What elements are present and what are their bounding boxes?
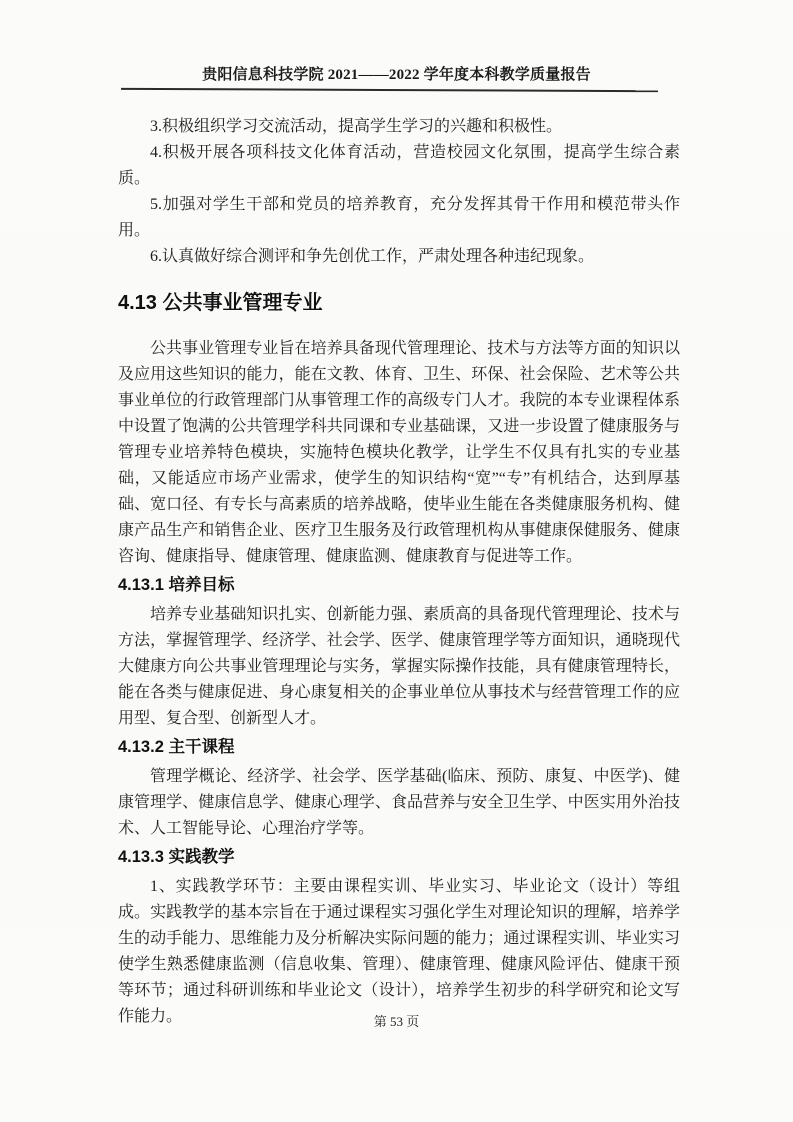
subsection-heading-4-13-2: 4.13.2 主干课程 bbox=[118, 734, 680, 760]
subsection-body-4-13-2: 管理学概论、经济学、社会学、医学基础(临床、预防、康复、中医学)、健康管理学、健… bbox=[118, 764, 680, 842]
subsection-body-4-13-1: 培养专业基础知识扎实、创新能力强、素质高的具备现代管理理论、技术与方法，掌握管理… bbox=[118, 602, 680, 732]
section-heading-4-13: 4.13 公共事业管理专业 bbox=[118, 288, 680, 318]
document-page: 贵阳信息科技学院 2021——2022 学年度本科教学质量报告 3.积极组织学习… bbox=[0, 0, 793, 1122]
page-body: 3.积极组织学习交流活动，提高学生学习的兴趣和积极性。 4.积极开展各项科技文化… bbox=[118, 114, 680, 1030]
list-item-3: 3.积极组织学习交流活动，提高学生学习的兴趣和积极性。 bbox=[118, 114, 680, 140]
list-item-6: 6.认真做好综合测评和争先创优工作，严肃处理各种违纪现象。 bbox=[118, 244, 680, 270]
subsection-heading-4-13-1: 4.13.1 培养目标 bbox=[118, 572, 680, 598]
list-item-5: 5.加强对学生干部和党员的培养教育，充分发挥其骨干作用和模范带头作用。 bbox=[118, 192, 680, 244]
subsection-body-4-13-3: 1、实践教学环节：主要由课程实训、毕业实习、毕业论文（设计）等组成。实践教学的基… bbox=[118, 874, 680, 1030]
section-intro-paragraph: 公共事业管理专业旨在培养具备现代管理理论、技术与方法等方面的知识以及应用这些知识… bbox=[118, 336, 680, 570]
list-item-4: 4.积极开展各项科技文化体育活动，营造校园文化氛围，提高学生综合素质。 bbox=[118, 140, 680, 192]
page-number: 第 53 页 bbox=[0, 1013, 793, 1031]
subsection-heading-4-13-3: 4.13.3 实践教学 bbox=[118, 844, 680, 870]
header-rule bbox=[121, 88, 658, 92]
page-header-title: 贵阳信息科技学院 2021——2022 学年度本科教学质量报告 bbox=[0, 64, 793, 86]
